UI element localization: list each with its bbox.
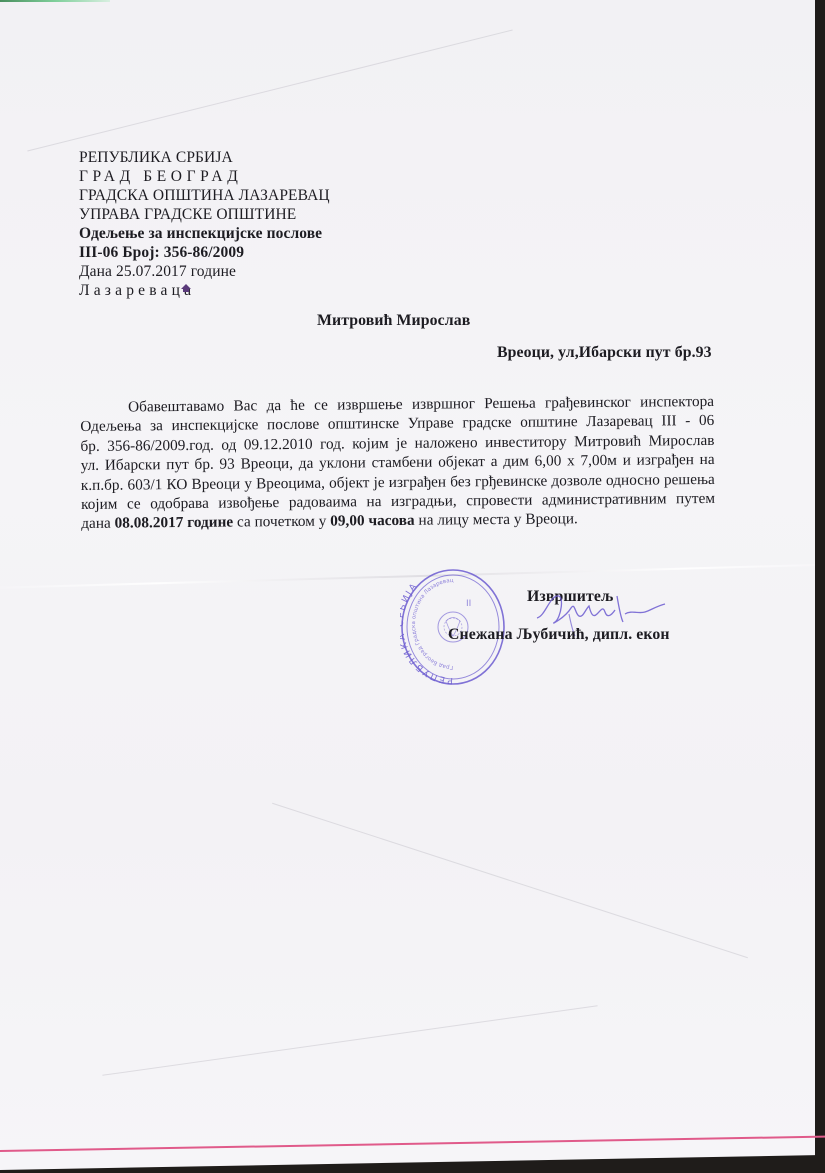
svg-text:II: II xyxy=(466,599,471,609)
scanned-document-page: РЕПУБЛИКА СРБИЈА ГРАД БЕОГРАД ГРАДСКА ОП… xyxy=(0,0,815,1173)
paper-crease xyxy=(102,1005,597,1076)
header-city: ГРАД БЕОГРАД xyxy=(79,167,242,187)
recipient-address: Вреоци, ул,Ибарски пут бр.93 xyxy=(497,343,712,363)
header-date: Дана 25.07.2017 године xyxy=(79,262,236,282)
notice-body-paragraph: Обавештавамо Вас да ће се извршење изврш… xyxy=(80,392,715,534)
header-republic: РЕПУБЛИКА СРБИЈА xyxy=(79,148,233,168)
recipient-name: Митровић Мирослав xyxy=(317,311,470,331)
execution-time: 09,00 часова xyxy=(330,512,415,530)
header-reference-number: III-06 Број: 356-86/2009 xyxy=(79,243,244,263)
execution-date: 08.08.2017 године xyxy=(115,514,234,532)
body-text: дана xyxy=(81,515,115,532)
header-administration: УПРАВА ГРАДСКЕ ОПШТИНЕ xyxy=(79,205,296,225)
body-text: на лицу места у Вреоци. xyxy=(415,511,578,530)
header-department: Одељење за инспекцијске послове xyxy=(79,224,322,244)
body-text: са почетком у xyxy=(233,513,330,531)
header-place: Лазареваца xyxy=(79,281,195,301)
paper-crease xyxy=(27,30,512,152)
signatory-name: Снежана Љубичић, дипл. екон xyxy=(448,625,670,645)
ink-blot-mark xyxy=(180,283,192,293)
header-municipality: ГРАДСКА ОПШТИНА ЛАЗАРЕВАЦ xyxy=(79,186,330,206)
paper-crease xyxy=(272,803,748,958)
scan-edge-artifact xyxy=(0,0,110,2)
